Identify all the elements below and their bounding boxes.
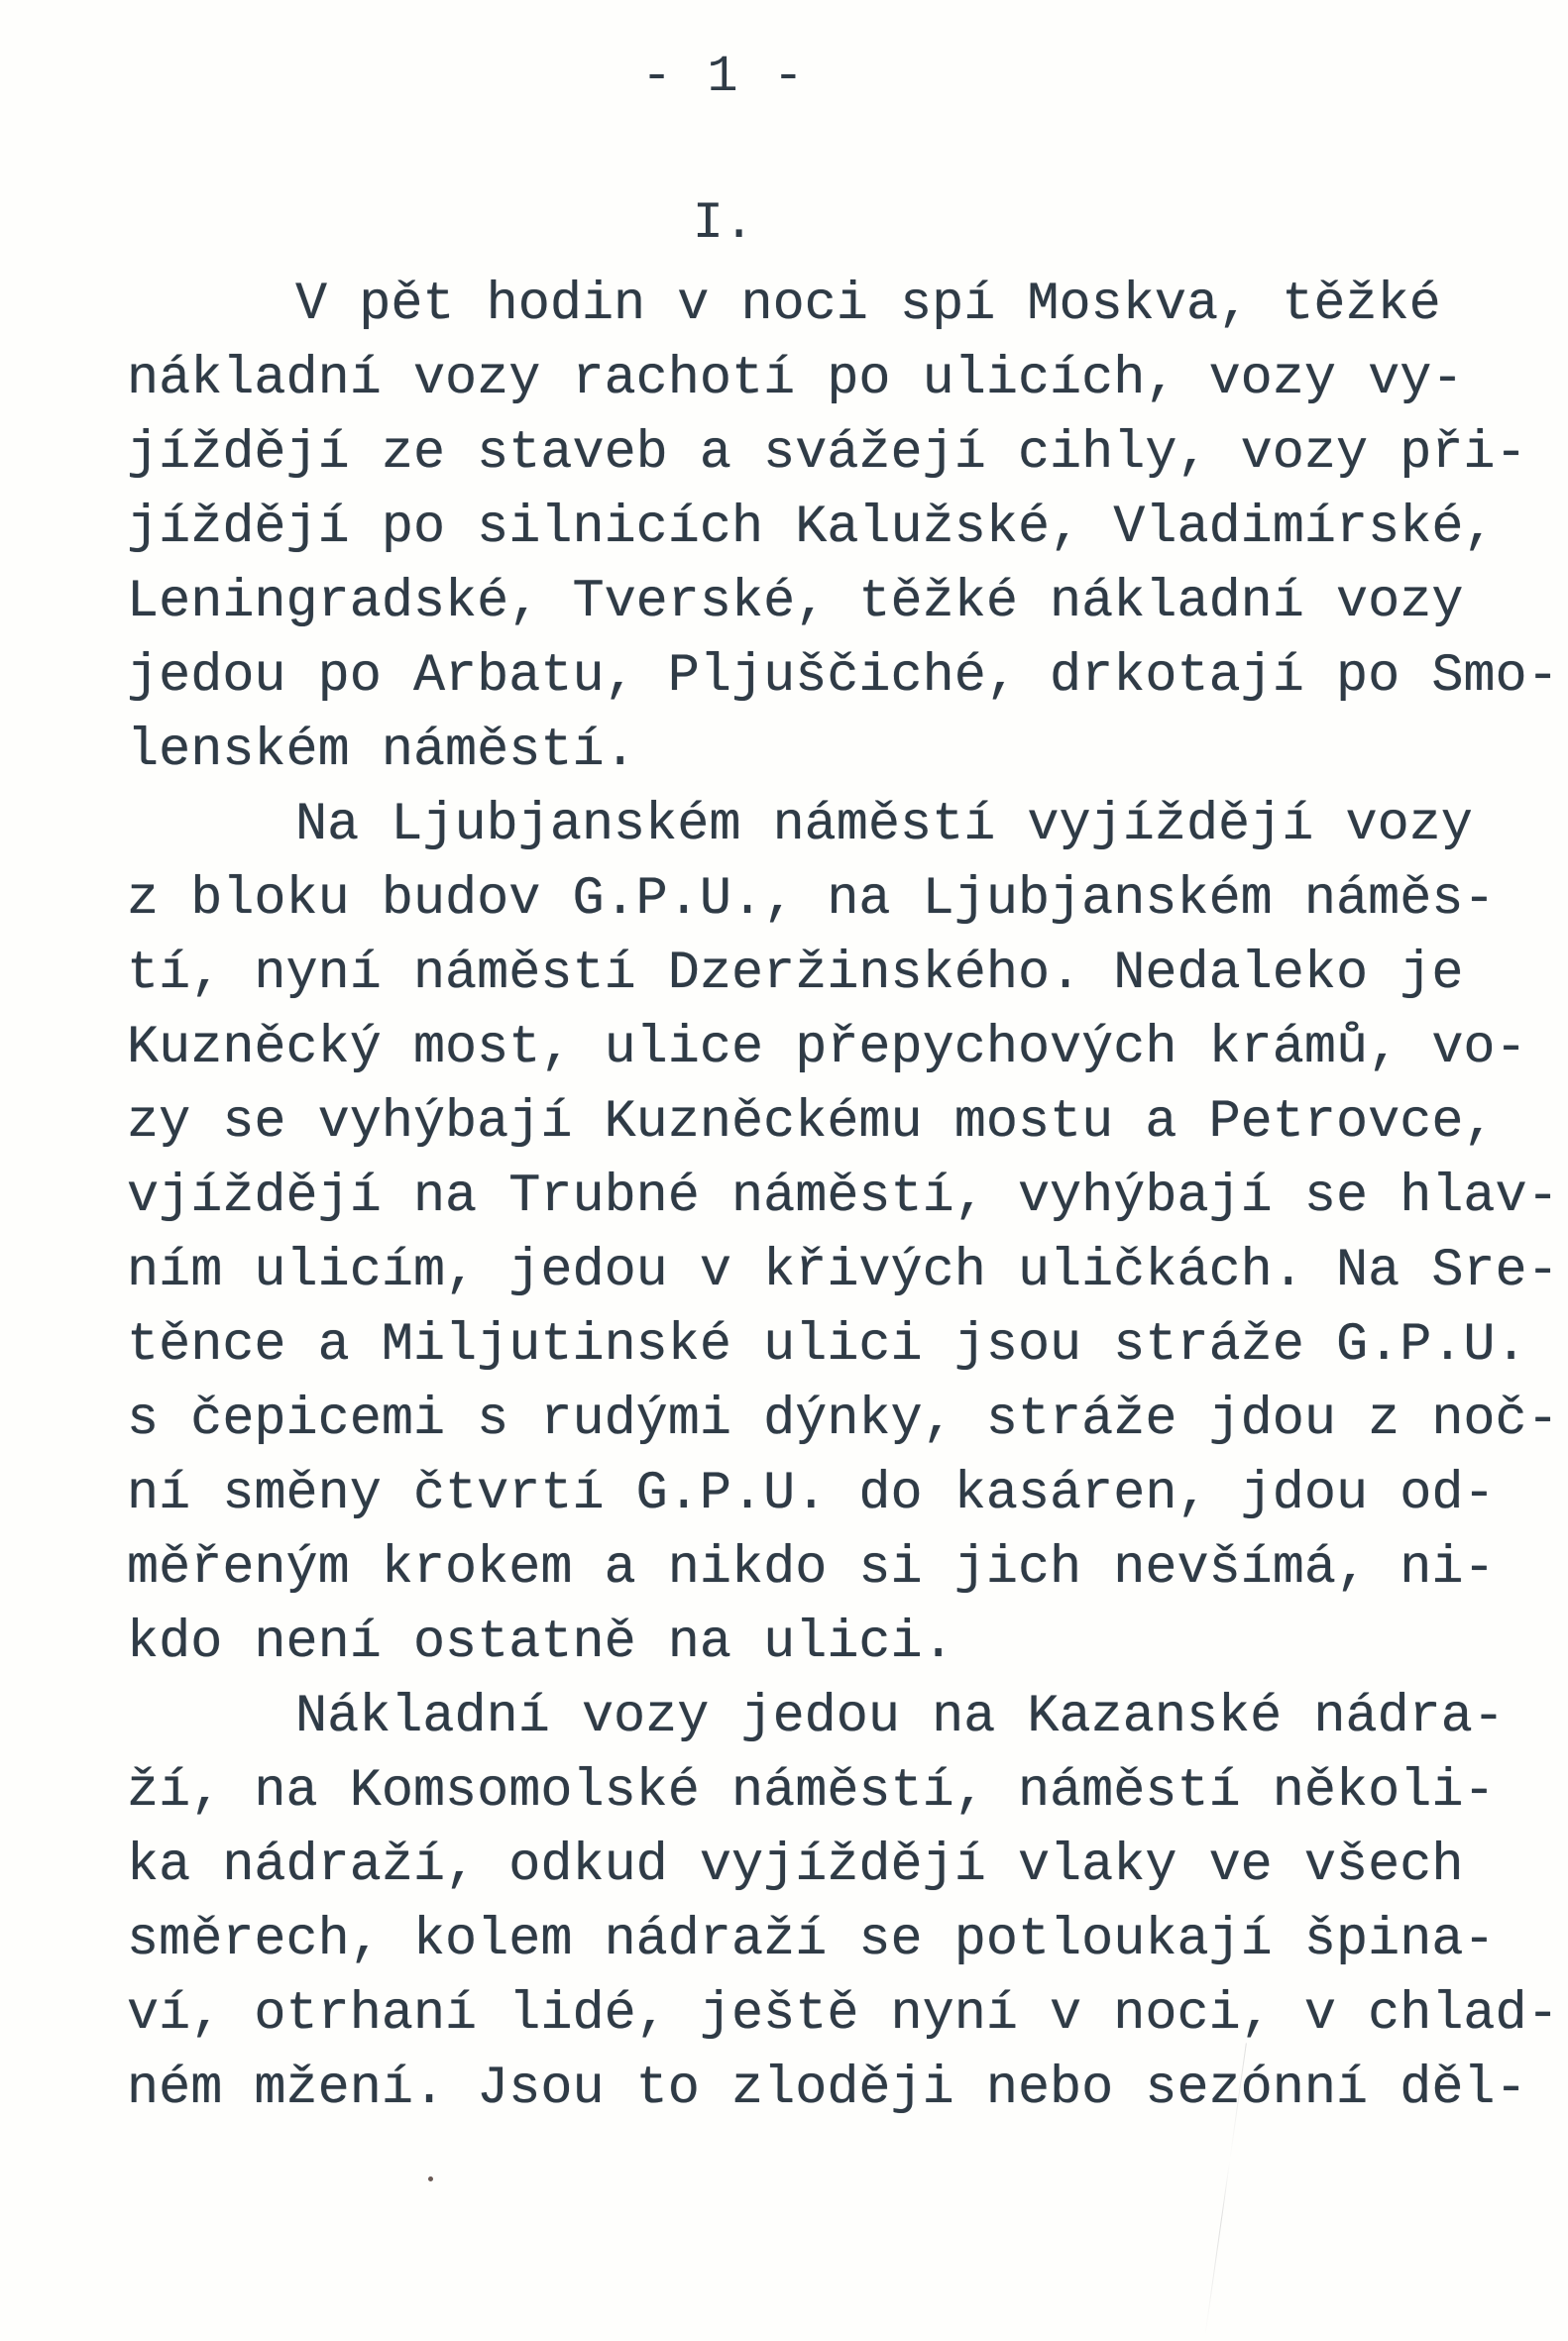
text-line: měřeným krokem a nikdo si jich nevšímá, …	[127, 1531, 1514, 1606]
text-line: ním ulicím, jedou v křivých uličkách. Na…	[127, 1234, 1514, 1308]
chapter-heading: I.	[0, 194, 1447, 254]
text-line: směrech, kolem nádraží se potloukají špi…	[127, 1903, 1514, 1977]
text-line: nákladní vozy rachotí po ulicích, vozy v…	[127, 342, 1514, 416]
text-line: vjíždějí na Trubné náměstí, vyhýbají se …	[127, 1160, 1514, 1234]
text-line: ní směny čtvrtí G.P.U. do kasáren, jdou …	[127, 1457, 1514, 1531]
page-number: - 1 -	[0, 48, 1447, 107]
text-line: V pět hodin v noci spí Moskva, těžké	[127, 268, 1514, 342]
body-text: V pět hodin v noci spí Moskva, těžké nák…	[127, 268, 1514, 2126]
text-line: Na Ljubjanském náměstí vyjíždějí vozy	[127, 788, 1514, 862]
text-line: jíždějí ze staveb a svážejí cihly, vozy …	[127, 416, 1514, 491]
text-line: ka nádraží, odkud vyjíždějí vlaky ve vše…	[127, 1829, 1514, 1903]
text-line: jedou po Arbatu, Pljuščiché, drkotají po…	[127, 639, 1514, 714]
text-line: ží, na Komsomolské náměstí, náměstí něko…	[127, 1754, 1514, 1829]
text-line: Kuzněcký most, ulice přepychových krámů,…	[127, 1011, 1514, 1085]
text-line: tí, nyní náměstí Dzeržinského. Nedaleko …	[127, 937, 1514, 1011]
text-line: těnce a Miljutinské ulici jsou stráže G.…	[127, 1308, 1514, 1383]
text-line: s čepicemi s rudými dýnky, stráže jdou z…	[127, 1383, 1514, 1457]
text-line: zy se vyhýbají Kuzněckému mostu a Petrov…	[127, 1085, 1514, 1160]
text-line: Leningradské, Tverské, těžké nákladní vo…	[127, 565, 1514, 639]
typewritten-page: - 1 - I. V pět hodin v noci spí Moskva, …	[0, 0, 1568, 2341]
text-line: Nákladní vozy jedou na Kazanské nádra-	[127, 1680, 1514, 1754]
text-line: ném mžení. Jsou to zloději nebo sezónní …	[127, 2052, 1514, 2126]
text-line: kdo není ostatně na ulici.	[127, 1606, 1514, 1680]
text-line: lenském náměstí.	[127, 714, 1514, 788]
text-line: ví, otrhaní lidé, ještě nyní v noci, v c…	[127, 1977, 1514, 2052]
text-line: jíždějí po silnicích Kalužské, Vladimírs…	[127, 491, 1514, 565]
paper-speck	[428, 2176, 433, 2181]
text-line: z bloku budov G.P.U., na Ljubjanském nám…	[127, 862, 1514, 937]
